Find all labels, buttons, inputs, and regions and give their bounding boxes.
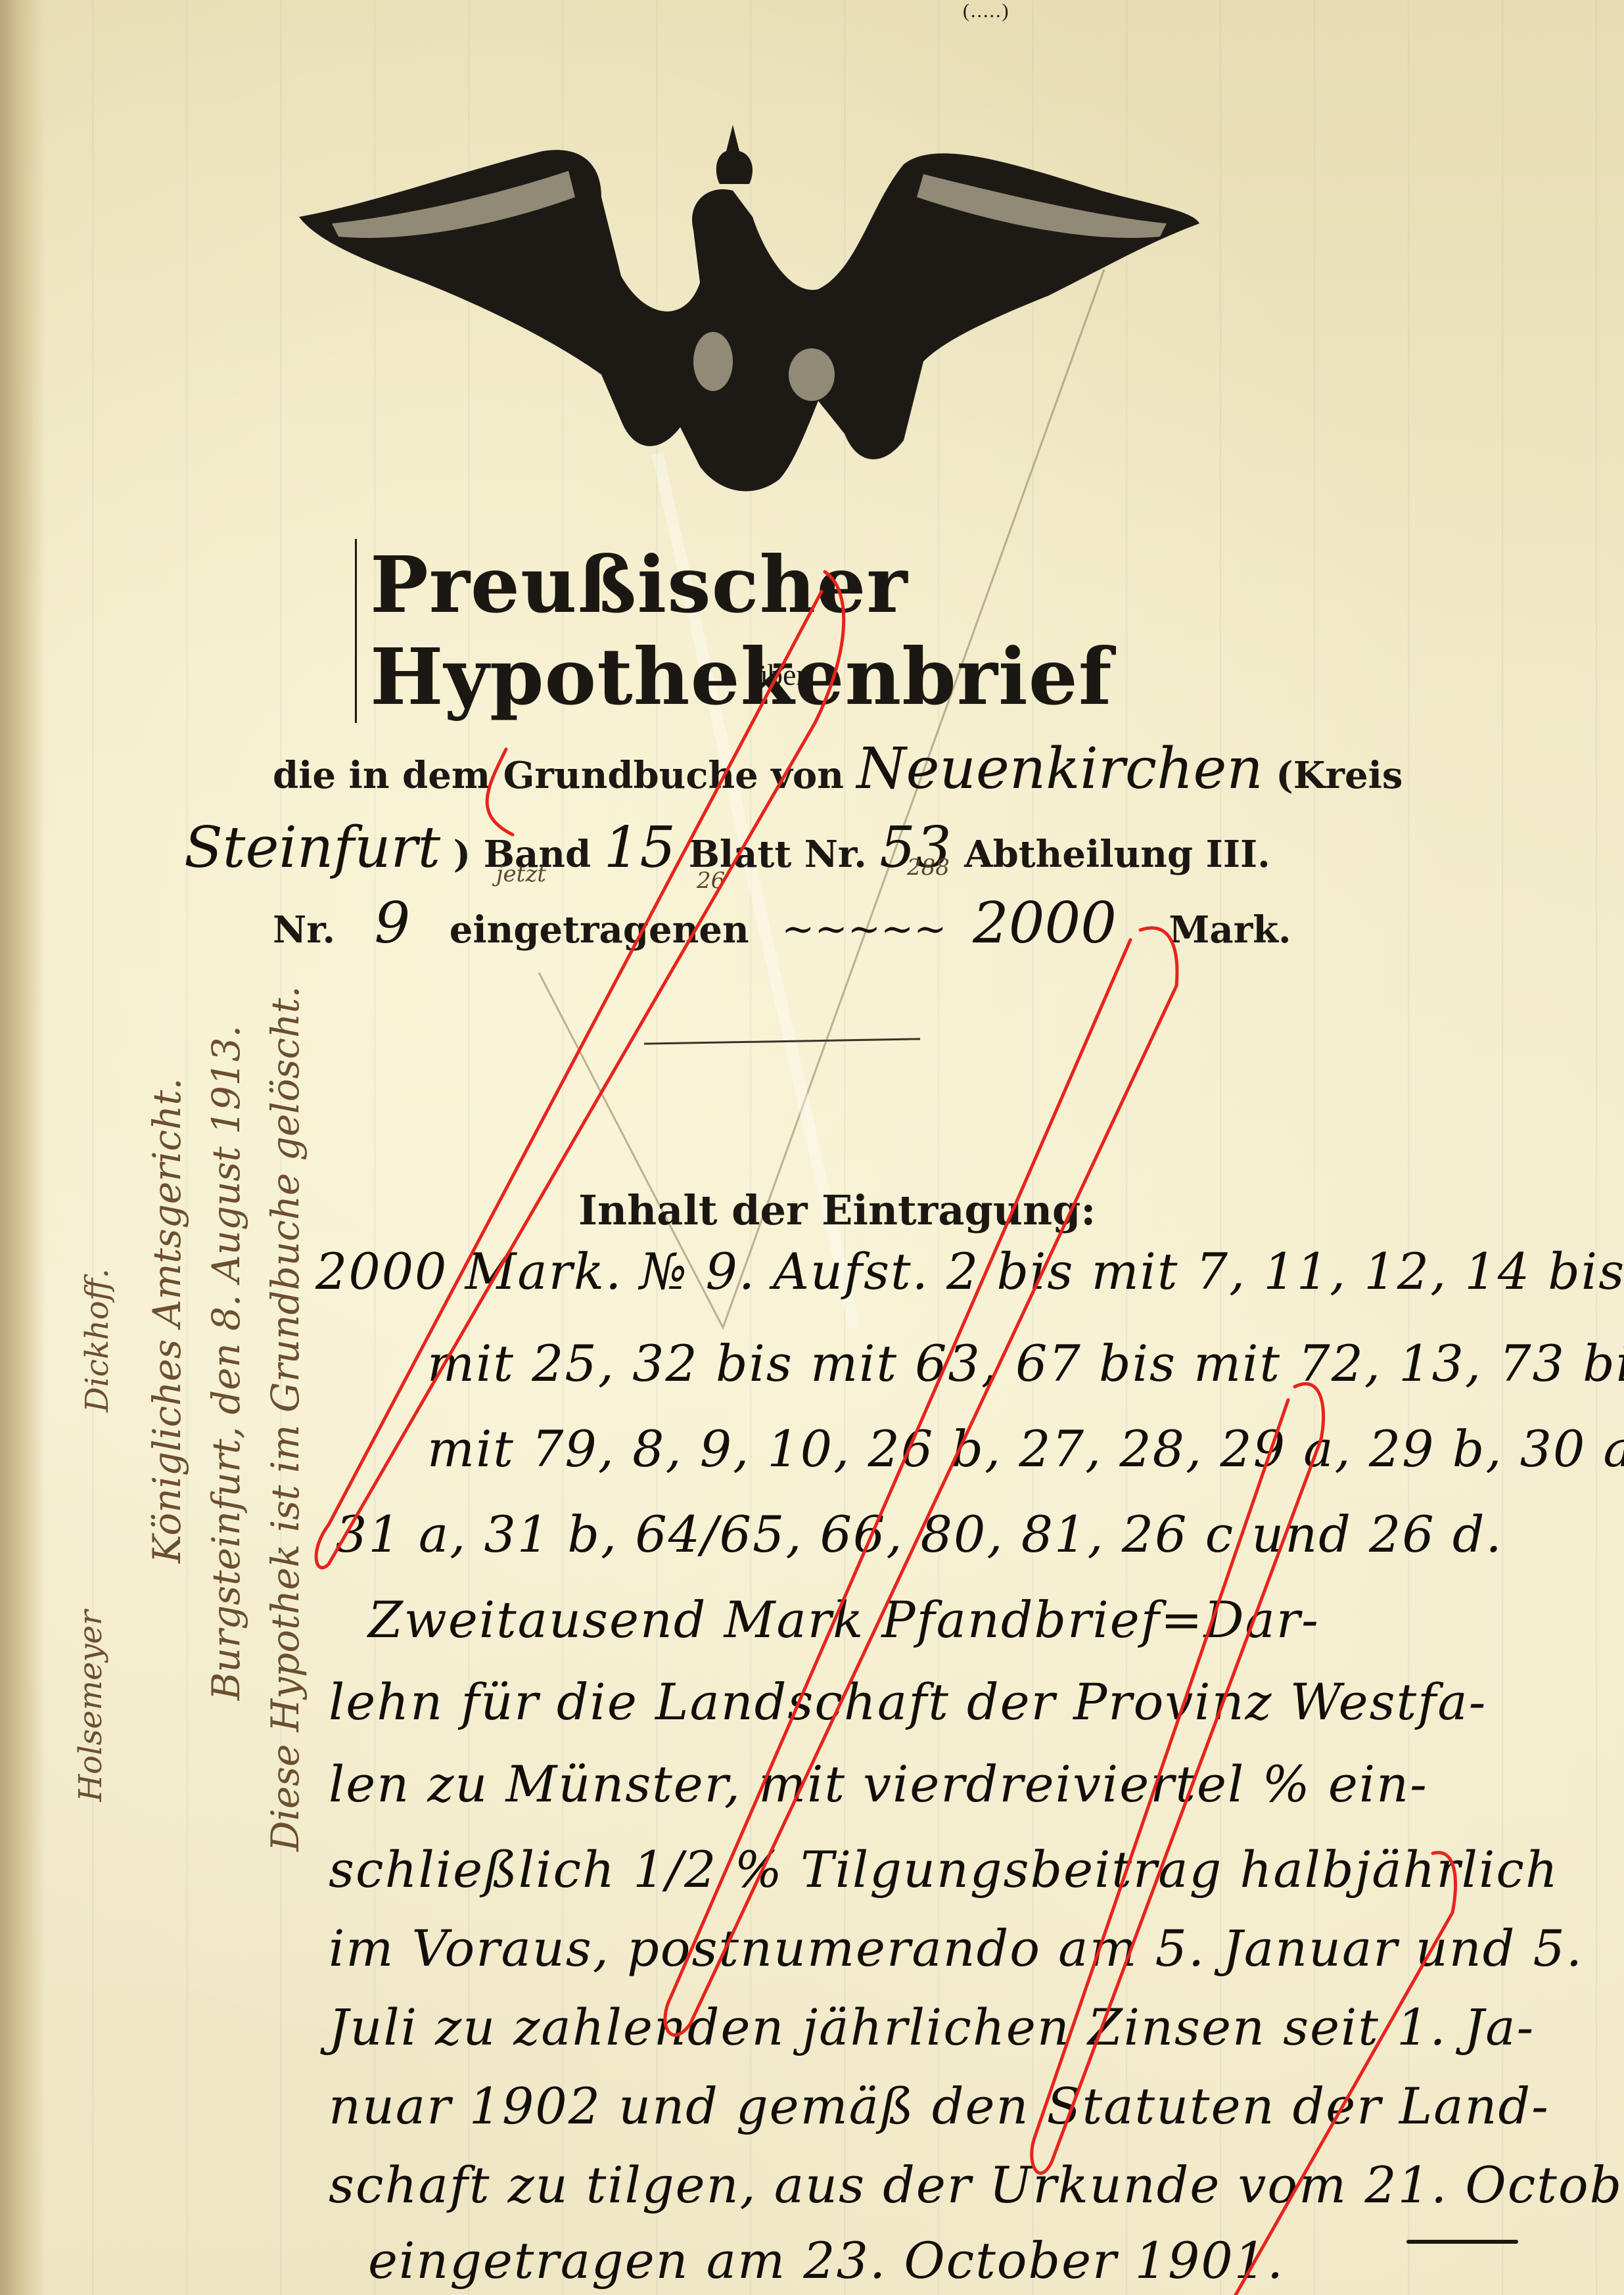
entry-line: mit 79, 8, 9, 10, 26 b, 27, 28, 29 a, 29… — [427, 1420, 1624, 1478]
abteilung-value: III. — [1206, 833, 1270, 876]
margin-signature: Holsemeyer — [72, 1610, 109, 1802]
entry-line: schließlich 1/2 % Tilgungsbeitrag halbjä… — [329, 1840, 1559, 1899]
entry-line: Juli zu zahlenden jährlichen Zinsen seit… — [329, 1998, 1535, 2056]
handwritten-band: 15 — [604, 815, 676, 881]
margin-line: Königliches Amtsgericht. — [145, 1078, 189, 1563]
handwritten-amount: 2000 — [973, 891, 1117, 956]
document-page: (.....) Preußischer Hypothekenbrief über… — [0, 0, 1624, 2295]
entry-line: len zu Münster, mit vierdreiviertel % ei… — [329, 1755, 1428, 1813]
handwritten-nr: 9 — [375, 891, 411, 956]
top-mark: (.....) — [963, 0, 1009, 22]
line-band-blatt: Steinfurt ) Band 15 Blatt Nr. 53 Abtheil… — [184, 815, 1270, 881]
printed-eingetragenen: eingetragenen — [450, 908, 749, 952]
handwritten-kreis: Steinfurt — [184, 815, 440, 881]
prussian-eagle-icon — [292, 125, 1206, 506]
margin-cancellation-note: Diese Hypothek ist im Grundbuche gelösch… — [26, 986, 355, 1972]
printed-prefix: die in dem Grundbuche von — [273, 754, 844, 797]
margin-line: Burgsteinfurt, den 8. August 1913. — [204, 1025, 248, 1700]
uber-label: über — [753, 657, 806, 692]
entry-line: im Voraus, postnumerando am 5. Januar un… — [329, 1919, 1583, 1978]
entry-line: nuar 1902 und gemäß den Statuten der Lan… — [329, 2077, 1550, 2135]
line-amount: Nr. 9 eingetragenen ~~~~~ 2000 Mark. — [273, 891, 1291, 956]
pencil-blatt-new: 288 — [907, 854, 950, 881]
divider-line — [644, 1038, 920, 1044]
entry-line: eingetragen am 23. October 1901. — [368, 2231, 1284, 2290]
printed-mark: Mark. — [1169, 908, 1291, 952]
handwritten-place: Neuenkirchen — [856, 736, 1263, 802]
margin-line: Diese Hypothek ist im Grundbuche gelösch… — [263, 986, 308, 1851]
document-title: Preußischer Hypothekenbrief — [355, 539, 1624, 723]
entry-line: Zweitausend Mark Pfandbrief=Dar- — [368, 1590, 1320, 1649]
printed-nr: Nr. — [273, 908, 335, 952]
margin-line: Dickhoff. — [79, 1268, 116, 1412]
pencil-jetzt: jetzt — [496, 861, 546, 887]
printed-abteilung: Abtheilung — [964, 833, 1193, 876]
entry-line: mit 25, 32 bis mit 63, 67 bis mit 72, 13… — [427, 1334, 1624, 1393]
entry-line: 31 a, 31 b, 64/65, 66, 80, 81, 26 c und … — [335, 1505, 1503, 1564]
pencil-band-new: 26 — [697, 868, 725, 894]
printed-kreis: (Kreis — [1276, 754, 1403, 797]
section-heading: Inhalt der Eintragung: — [578, 1186, 1096, 1234]
line-grundbuch: die in dem Grundbuche von Neuenkirchen (… — [273, 736, 1403, 802]
entry-line: schaft zu tilgen, aus der Urkunde vom 21… — [329, 2156, 1624, 2214]
entry-line: lehn für die Landschaft der Provinz West… — [329, 1673, 1487, 1731]
end-rule — [1406, 2240, 1518, 2244]
entry-line: 2000 Mark. № 9. Aufst. 2 bis mit 7, 11, … — [315, 1242, 1624, 1301]
